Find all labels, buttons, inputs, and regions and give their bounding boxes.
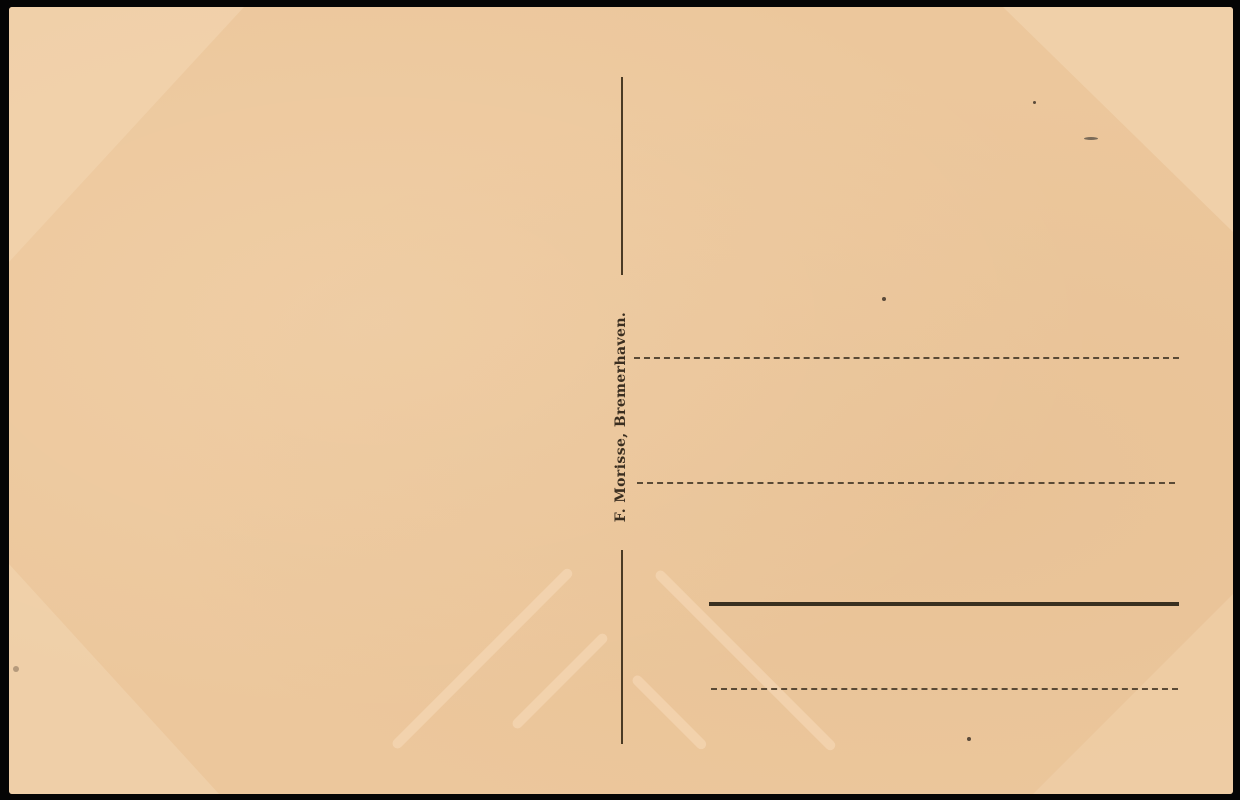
address-line-4 bbox=[711, 688, 1178, 690]
crease-mark bbox=[510, 632, 609, 731]
address-line-1 bbox=[634, 357, 1179, 359]
paper-spot bbox=[1084, 137, 1098, 140]
crease-mark bbox=[630, 673, 708, 751]
crease-mark bbox=[390, 567, 574, 751]
publisher-imprint: F. Morisse, Bremerhaven. bbox=[613, 312, 629, 522]
paper-spot bbox=[1033, 101, 1036, 104]
center-divider-line-top bbox=[621, 77, 623, 275]
photo-corner-mark-top-right bbox=[1003, 7, 1233, 232]
postcard-back: F. Morisse, Bremerhaven. bbox=[9, 7, 1233, 794]
paper-spot bbox=[882, 297, 886, 301]
photo-corner-mark-bottom-left bbox=[9, 564, 219, 794]
paper-spot bbox=[967, 737, 971, 741]
photo-corner-mark-top-left bbox=[9, 7, 244, 262]
address-line-2 bbox=[637, 482, 1175, 484]
address-line-3 bbox=[709, 602, 1179, 606]
center-divider-line-bottom bbox=[621, 550, 623, 744]
photo-corner-mark-bottom-right bbox=[1033, 594, 1233, 794]
paper-spot bbox=[13, 666, 19, 672]
